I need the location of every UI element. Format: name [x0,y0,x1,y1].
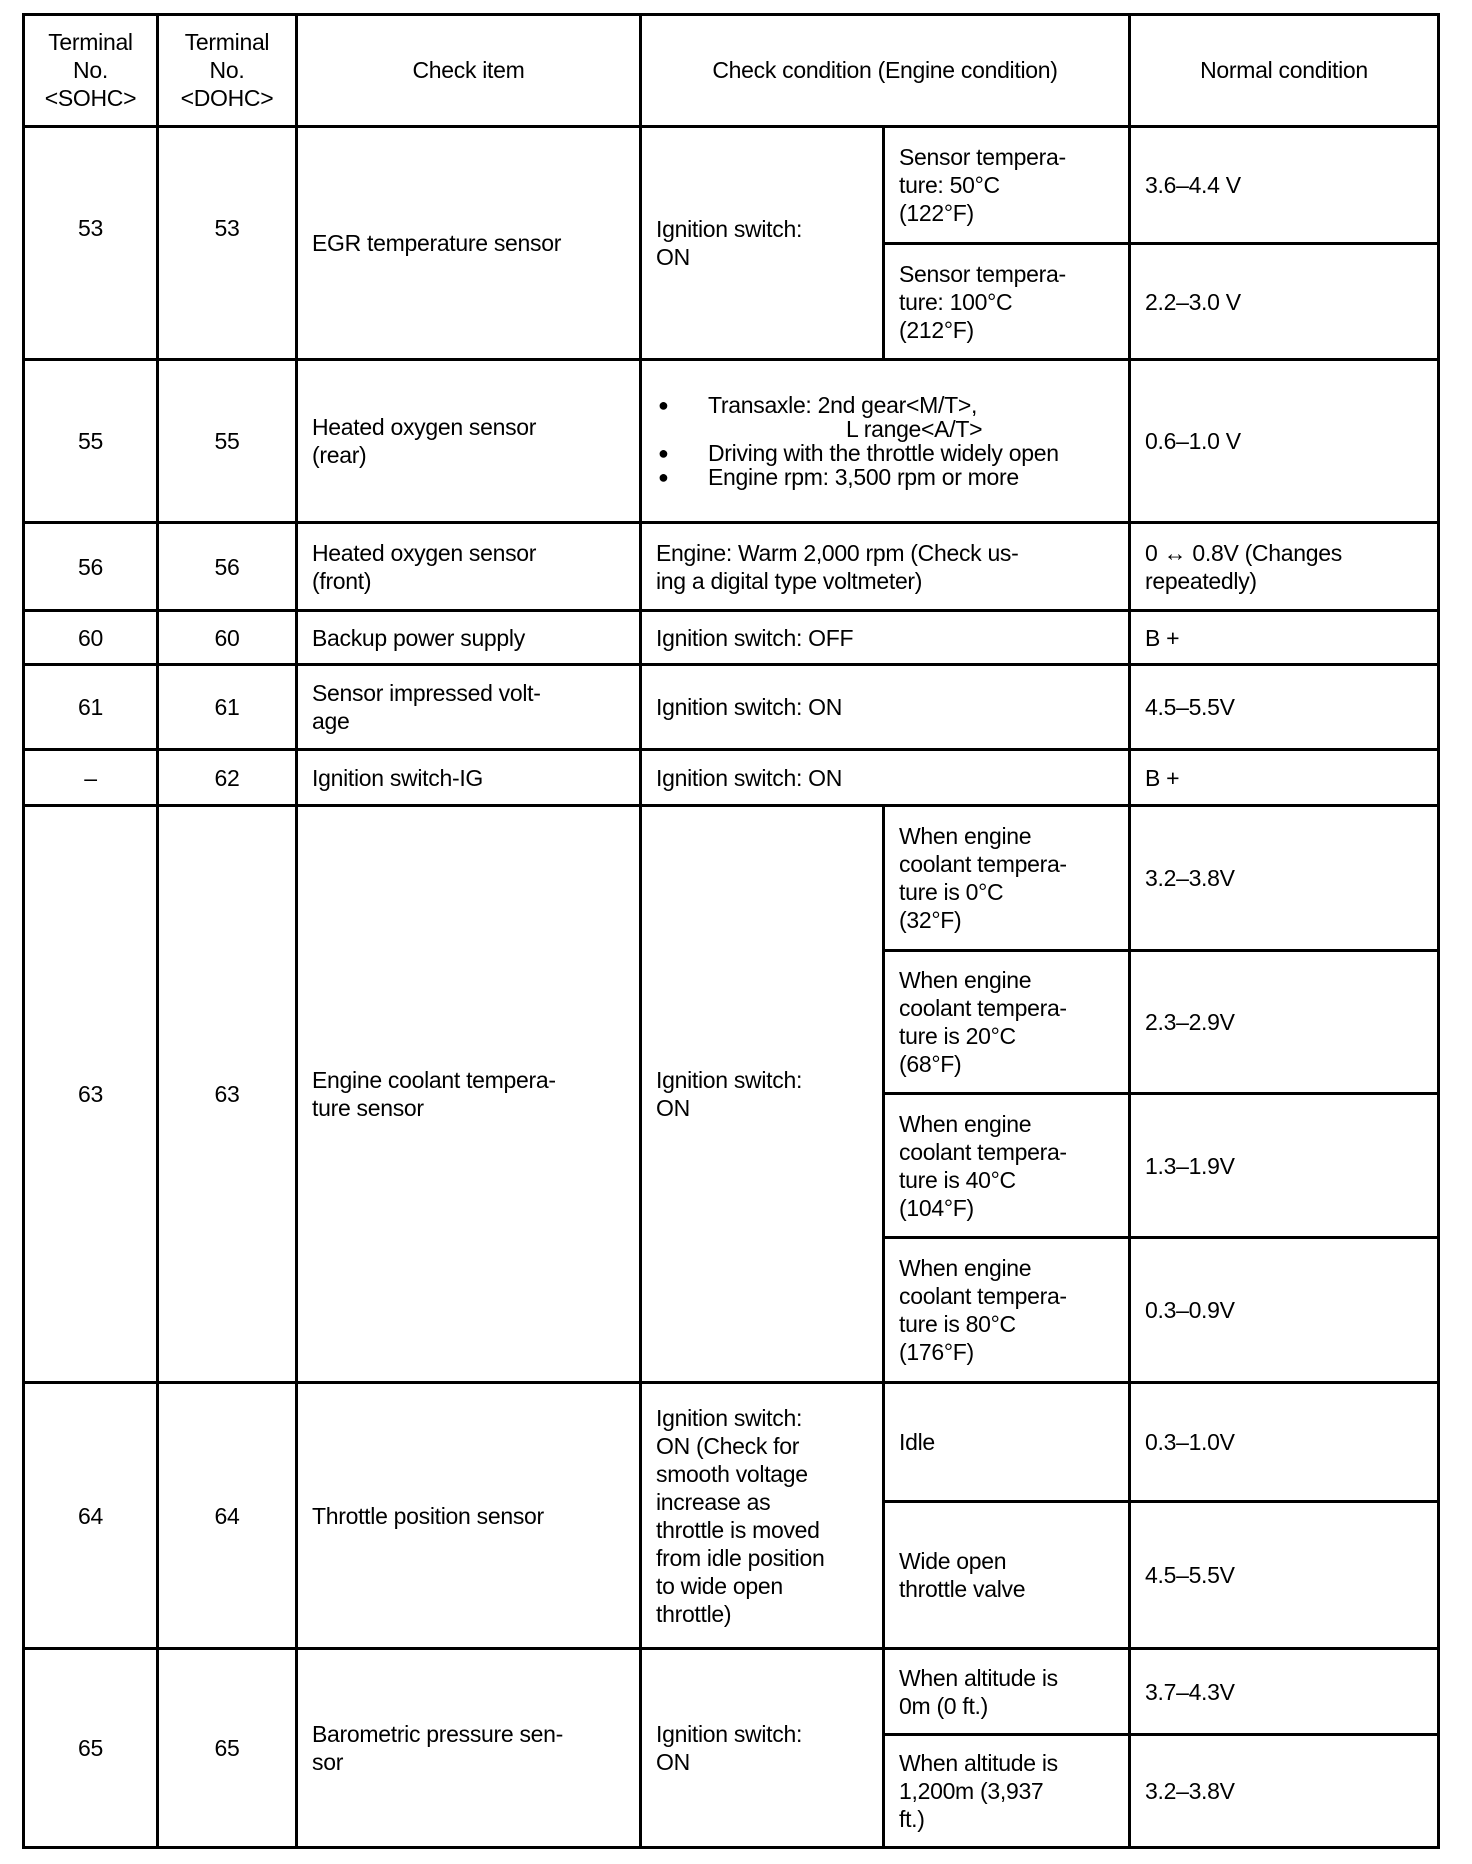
condition-text: Ignition switch: OFF [656,624,853,652]
row-60-normal: B + [1129,610,1439,665]
row-64-condition: Ignition switch: ON (Check for smooth vo… [640,1382,884,1649]
row-65-sub-2-condition: When altitude is 1,200m (3,937 ft.) [883,1734,1130,1848]
sohc-value: 64 [78,1502,103,1530]
row-65-dohc: 65 [157,1648,297,1848]
sub-condition-text: Sensor tempera- ture: 100°C (212°F) [899,260,1066,344]
row-62-condition: Ignition switch: ON [640,749,1130,806]
normal-value: 0 ↔ 0.8V (Changes repeatedly) [1145,539,1342,595]
row-62-dohc: 62 [157,749,297,806]
row-63-sub-2-condition: When engine coolant tempera- ture is 20°… [883,950,1130,1094]
check-item-text: Engine coolant tempera- ture sensor [312,1066,556,1122]
row-60-condition: Ignition switch: OFF [640,610,1130,665]
header-terminal-dohc-label: Terminal No. <DOHC> [181,28,274,112]
dohc-value: 65 [215,1734,240,1762]
dohc-value: 55 [215,427,240,455]
row-61-sohc: 61 [23,664,158,750]
row-56-normal: 0 ↔ 0.8V (Changes repeatedly) [1129,522,1439,611]
sub-condition-text: When engine coolant tempera- ture is 80°… [899,1254,1067,1366]
row-56-condition: Engine: Warm 2,000 rpm (Check us- ing a … [640,522,1130,611]
sub-condition-text: Sensor tempera- ture: 50°C (122°F) [899,143,1066,227]
row-53-sub-2-condition: Sensor tempera- ture: 100°C (212°F) [883,243,1130,360]
dohc-value: 64 [215,1502,240,1530]
sohc-value: 65 [78,1734,103,1762]
row-63-sub-1-condition: When engine coolant tempera- ture is 0°C… [883,805,1130,951]
condition-bullet: Engine rpm: 3,500 rpm or more [656,465,1116,489]
dohc-value: 53 [215,214,240,242]
row-65-sohc: 65 [23,1648,158,1848]
condition-text: Ignition switch: ON [656,764,842,792]
row-55-dohc: 55 [157,359,297,523]
normal-value: 2.2–3.0 V [1145,288,1241,316]
check-item-text: Heated oxygen sensor (rear) [312,413,536,469]
sohc-value: 56 [78,553,103,581]
row-63-sub-4-normal: 0.3–0.9V [1129,1237,1439,1383]
row-55-sohc: 55 [23,359,158,523]
row-55-condition: Transaxle: 2nd gear<M/T>,L range<A/T> Dr… [640,359,1130,523]
dohc-value: 62 [215,764,240,792]
row-61-normal: 4.5–5.5V [1129,664,1439,750]
row-64-sub-1-condition: Idle [883,1382,1130,1502]
row-64-sohc: 64 [23,1382,158,1649]
normal-value: 3.7–4.3V [1145,1678,1235,1706]
dohc-value: 63 [215,1080,240,1108]
row-64-sub-2-condition: Wide open throttle valve [883,1501,1130,1649]
dohc-value: 60 [215,624,240,652]
row-64-sub-2-normal: 4.5–5.5V [1129,1501,1439,1649]
row-56-sohc: 56 [23,522,158,611]
row-62-sohc: – [23,749,158,806]
row-53-sub-1-condition: Sensor tempera- ture: 50°C (122°F) [883,126,1130,244]
sub-condition-text: When engine coolant tempera- ture is 40°… [899,1110,1067,1222]
sub-condition-text: Idle [899,1428,935,1456]
row-60-sohc: 60 [23,610,158,665]
row-60-dohc: 60 [157,610,297,665]
row-53-item: EGR temperature sensor [296,126,641,360]
condition-text: Ignition switch: ON [656,693,842,721]
header-normal-condition-label: Normal condition [1200,56,1368,84]
header-check-condition-label: Check condition (Engine condition) [712,56,1057,84]
row-65-sub-2-normal: 3.2–3.8V [1129,1734,1439,1848]
dohc-value: 61 [215,693,240,721]
row-64-item: Throttle position sensor [296,1382,641,1649]
sub-condition-text: When engine coolant tempera- ture is 0°C… [899,822,1067,934]
normal-value: B + [1145,764,1179,792]
row-63-sub-4-condition: When engine coolant tempera- ture is 80°… [883,1237,1130,1383]
condition-text: Ignition switch: ON (Check for smooth vo… [656,1404,824,1628]
row-65-item: Barometric pressure sen- sor [296,1648,641,1848]
terminal-check-table: Terminal No. <SOHC> Terminal No. <DOHC> … [0,0,1472,1864]
normal-value: 3.2–3.8V [1145,864,1235,892]
normal-value: 4.5–5.5V [1145,693,1235,721]
normal-value: 3.2–3.8V [1145,1777,1235,1805]
row-65-condition: Ignition switch: ON [640,1648,884,1848]
check-item-text: Heated oxygen sensor (front) [312,539,536,595]
row-63-item: Engine coolant tempera- ture sensor [296,805,641,1383]
row-63-condition: Ignition switch: ON [640,805,884,1383]
condition-text: Engine: Warm 2,000 rpm (Check us- ing a … [656,539,1019,595]
condition-text: Ignition switch: ON [656,1066,802,1122]
row-63-sohc: 63 [23,805,158,1383]
row-63-dohc: 63 [157,805,297,1383]
sub-condition-text: When altitude is 1,200m (3,937 ft.) [899,1749,1058,1833]
row-64-sub-1-normal: 0.3–1.0V [1129,1382,1439,1502]
normal-value: 0.3–0.9V [1145,1296,1235,1324]
row-62-normal: B + [1129,749,1439,806]
row-55-item: Heated oxygen sensor (rear) [296,359,641,523]
normal-value: 0.3–1.0V [1145,1428,1235,1456]
condition-bullet: Driving with the throttle widely open [656,441,1116,465]
sohc-value: 63 [78,1080,103,1108]
row-61-dohc: 61 [157,664,297,750]
sohc-value: 60 [78,624,103,652]
normal-value: 4.5–5.5V [1145,1561,1235,1589]
row-64-dohc: 64 [157,1382,297,1649]
normal-value: 1.3–1.9V [1145,1152,1235,1180]
sohc-value: 53 [78,214,103,242]
row-63-sub-1-normal: 3.2–3.8V [1129,805,1439,951]
row-56-item: Heated oxygen sensor (front) [296,522,641,611]
check-item-text: Ignition switch-IG [312,764,483,792]
check-item-text: Barometric pressure sen- sor [312,1720,563,1776]
condition-bullet-list: Transaxle: 2nd gear<M/T>,L range<A/T> Dr… [656,393,1116,489]
row-63-sub-2-normal: 2.3–2.9V [1129,950,1439,1094]
normal-value: 0.6–1.0 V [1145,427,1241,455]
sohc-value: – [84,764,97,792]
row-56-dohc: 56 [157,522,297,611]
header-terminal-sohc: Terminal No. <SOHC> [23,13,158,127]
row-61-condition: Ignition switch: ON [640,664,1130,750]
row-61-item: Sensor impressed volt- age [296,664,641,750]
sub-condition-text: Wide open throttle valve [899,1547,1025,1603]
header-check-item: Check item [296,13,641,127]
normal-value: 3.6–4.4 V [1145,171,1241,199]
row-53-sub-1-normal: 3.6–4.4 V [1129,126,1439,244]
dohc-value: 56 [215,553,240,581]
condition-text: Ignition switch: ON [656,1720,802,1776]
row-53-sohc: 53 [23,126,158,360]
header-terminal-dohc: Terminal No. <DOHC> [157,13,297,127]
row-65-sub-1-condition: When altitude is 0m (0 ft.) [883,1648,1130,1735]
condition-bullet-continuation: L range<A/T> [708,417,1116,441]
header-terminal-sohc-label: Terminal No. <SOHC> [45,28,137,112]
row-63-sub-3-normal: 1.3–1.9V [1129,1093,1439,1238]
normal-value: B + [1145,624,1179,652]
row-62-item: Ignition switch-IG [296,749,641,806]
row-53-condition: Ignition switch: ON [640,126,884,360]
normal-value: 2.3–2.9V [1145,1008,1235,1036]
sub-condition-text: When altitude is 0m (0 ft.) [899,1664,1058,1720]
row-65-sub-1-normal: 3.7–4.3V [1129,1648,1439,1735]
row-53-dohc: 53 [157,126,297,360]
condition-text: Ignition switch: ON [656,215,802,271]
row-53-sub-2-normal: 2.2–3.0 V [1129,243,1439,360]
check-item-text: Sensor impressed volt- age [312,679,541,735]
check-item-text: EGR temperature sensor [312,229,561,257]
check-item-text: Throttle position sensor [312,1502,544,1530]
sub-condition-text: When engine coolant tempera- ture is 20°… [899,966,1067,1078]
header-check-condition: Check condition (Engine condition) [640,13,1130,127]
row-63-sub-3-condition: When engine coolant tempera- ture is 40°… [883,1093,1130,1238]
sohc-value: 61 [78,693,103,721]
sohc-value: 55 [78,427,103,455]
row-60-item: Backup power supply [296,610,641,665]
header-check-item-label: Check item [412,56,524,84]
check-item-text: Backup power supply [312,624,525,652]
header-normal-condition: Normal condition [1129,13,1439,127]
row-55-normal: 0.6–1.0 V [1129,359,1439,523]
condition-bullet: Transaxle: 2nd gear<M/T>,L range<A/T> [656,393,1116,441]
